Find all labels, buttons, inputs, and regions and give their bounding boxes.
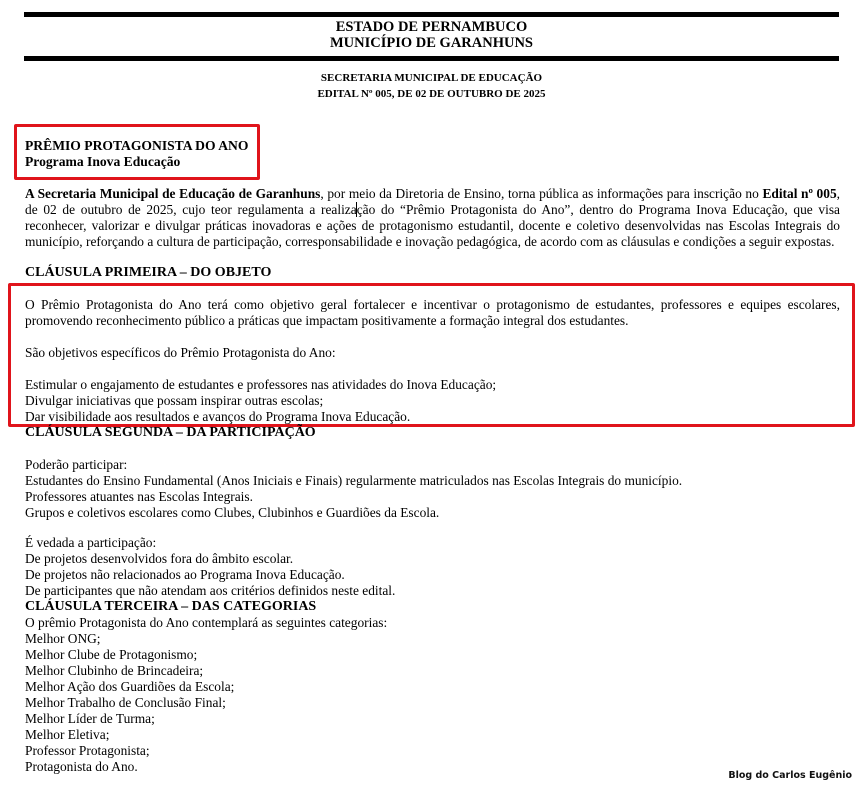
intro-edict-number: Edital nº 005 (762, 186, 836, 201)
clause-1-specific-intro: São objetivos específicos do Prêmio Prot… (25, 345, 336, 361)
list-intro: É vedada a participação: (25, 535, 395, 551)
category-item: Protagonista do Ano. (25, 759, 387, 775)
list-item: De projetos desenvolvidos fora do âmbito… (25, 551, 395, 567)
intro-text-1: , por meio da Diretoria de Ensino, torna… (320, 186, 762, 201)
category-item: Professor Protagonista; (25, 743, 387, 759)
category-item: Melhor Ação dos Guardiões da Escola; (25, 679, 387, 695)
clause-1-specific-list: Estimular o engajamento de estudantes e … (25, 377, 496, 425)
intro-paragraph: A Secretaria Municipal de Educação de Ga… (25, 186, 840, 250)
list-intro: Poderão participar: (25, 457, 682, 473)
header-state: ESTADO DE PERNAMBUCO (24, 19, 839, 35)
clause-2-heading: CLÁUSULA SEGUNDA – DA PARTICIPAÇÃO (25, 425, 316, 441)
category-item: Melhor Clube de Protagonismo; (25, 647, 387, 663)
category-item: Melhor Eletiva; (25, 727, 387, 743)
header-rule-bottom (24, 56, 839, 61)
category-item: Melhor Clubinho de Brincadeira; (25, 663, 387, 679)
clause-3-heading: CLÁUSULA TERCEIRA – DAS CATEGORIAS (25, 599, 316, 615)
clause-2-may-list: Poderão participar: Estudantes do Ensino… (25, 457, 682, 521)
clause-2-forbidden-list: É vedada a participação: De projetos des… (25, 535, 395, 599)
list-item: Divulgar iniciativas que possam inspirar… (25, 393, 496, 409)
watermark: Blog do Carlos Eugênio (728, 770, 852, 781)
list-item: Estudantes do Ensino Fundamental (Anos I… (25, 473, 682, 489)
list-item: Estimular o engajamento de estudantes e … (25, 377, 496, 393)
category-item: Melhor Trabalho de Conclusão Final; (25, 695, 387, 711)
list-item: De projetos não relacionados ao Programa… (25, 567, 395, 583)
list-item: Grupos e coletivos escolares como Clubes… (25, 505, 682, 521)
intro-secretariat: A Secretaria Municipal de Educação de Ga… (25, 186, 320, 201)
category-item: Melhor Líder de Turma; (25, 711, 387, 727)
header-secretariat: SECRETARIA MUNICIPAL DE EDUCAÇÃO (24, 70, 839, 86)
clause-3-categories: O prêmio Protagonista do Ano contemplará… (25, 615, 387, 775)
program-subtitle: Programa Inova Educação (25, 154, 180, 170)
header-edict: EDITAL Nº 005, DE 02 DE OUTUBRO DE 2025 (24, 86, 839, 102)
clause-1-heading: CLÁUSULA PRIMEIRA – DO OBJETO (25, 265, 271, 281)
header-municipality: MUNICÍPIO DE GARANHUNS (24, 35, 839, 51)
award-title: PRÊMIO PROTAGONISTA DO ANO (25, 138, 248, 154)
list-item: De participantes que não atendam aos cri… (25, 583, 395, 599)
header-rule-top (24, 12, 839, 17)
clause-1-general: O Prêmio Protagonista do Ano terá como o… (25, 297, 840, 329)
list-item: Dar visibilidade aos resultados e avanço… (25, 409, 496, 425)
list-item: Professores atuantes nas Escolas Integra… (25, 489, 682, 505)
category-item: Melhor ONG; (25, 631, 387, 647)
list-intro: O prêmio Protagonista do Ano contemplará… (25, 615, 387, 631)
